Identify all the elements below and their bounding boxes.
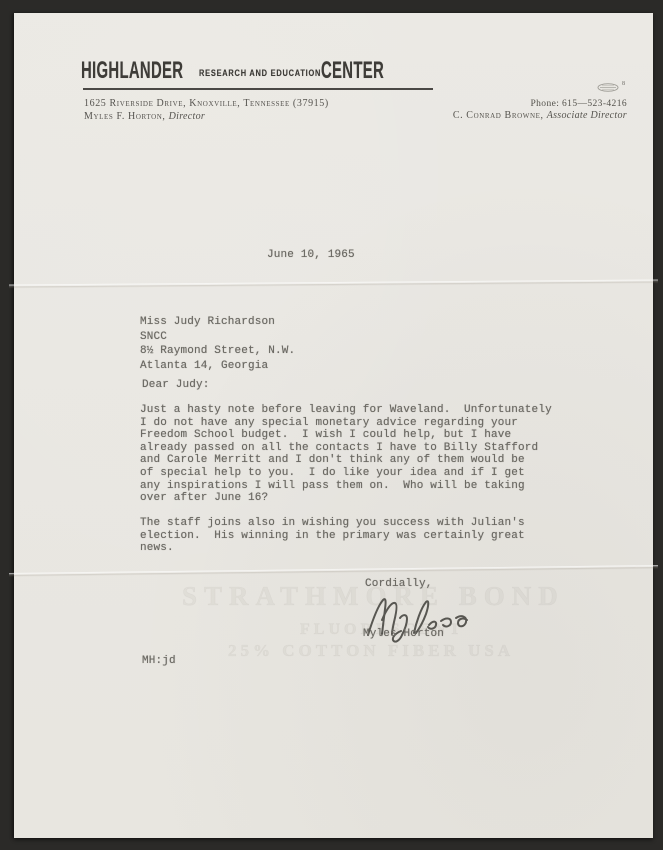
title-research-education: RESEARCH AND EDUCATION <box>199 69 321 79</box>
associate-name: C. Conrad Browne, <box>453 110 547 121</box>
union-label-icon <box>597 83 619 92</box>
letterhead-address: 1625 Riverside Drive, Knoxville, Tenness… <box>84 98 329 110</box>
letterhead-rule <box>83 88 433 90</box>
phone-line: Phone: 615—523-4216 <box>453 98 627 110</box>
title-center: CENTER <box>321 59 384 83</box>
fold-crease-top <box>9 279 658 288</box>
director-title: Director <box>169 111 205 122</box>
reference-initials: MH:jd <box>142 655 176 668</box>
union-label-number: 8 <box>622 81 625 87</box>
associate-line: C. Conrad Browne, Associate Director <box>453 110 627 122</box>
recipient-address: Miss Judy Richardson SNCC 8½ Raymond Str… <box>140 315 295 373</box>
body-paragraph-1: Just a hasty note before leaving for Wav… <box>140 404 580 505</box>
body-paragraph-2: The staff joins also in wishing you succ… <box>140 517 580 555</box>
title-highlander: HIGHLANDER <box>81 59 183 83</box>
date-line: June 10, 1965 <box>267 249 355 262</box>
typed-signature-name: Myles Horton <box>363 628 444 641</box>
scan-background: { "scan": { "background_color": "#2b2a28… <box>0 0 663 850</box>
salutation: Dear Judy: <box>142 379 210 392</box>
director-name: Myles F. Horton, <box>84 111 169 122</box>
letterhead-right-column: Phone: 615—523-4216 C. Conrad Browne, As… <box>453 98 627 122</box>
letter-paper: STRATHMORE BOND FLUORESCENT 25% COTTON F… <box>14 13 653 838</box>
fold-crease-bottom <box>9 565 658 577</box>
associate-title: Associate Director <box>547 110 627 121</box>
closing: Cordially, <box>365 578 433 591</box>
director-line: Myles F. Horton, Director <box>84 111 205 123</box>
